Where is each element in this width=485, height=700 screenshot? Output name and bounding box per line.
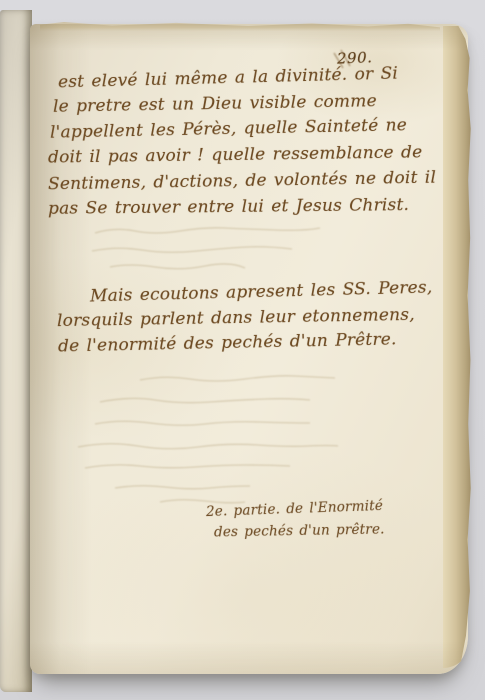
manuscript-line: Mais ecoutons apresent les SS. Peres, <box>90 278 433 307</box>
manuscript-line: Sentimens, d'actions, de volontés ne doi… <box>48 168 436 195</box>
manuscript-line: des pechés d'un prêtre. <box>214 522 385 541</box>
manuscript-line: le pretre est un Dieu visible comme <box>53 91 377 117</box>
manuscript-photo: 290. est elevé lui même a la divinité. o… <box>0 0 485 700</box>
previous-page-edge <box>0 10 32 692</box>
manuscript-line: l'appellent les Pérès, quelle Sainteté n… <box>50 115 407 142</box>
manuscript-line: est elevé lui même a la divinité. or Si <box>58 64 398 93</box>
manuscript-line: doit il pas avoir ! quelle ressemblance … <box>48 142 423 167</box>
manuscript-line: pas Se trouver entre lui et Jesus Christ… <box>48 195 409 219</box>
manuscript-line: de l'enormité des pechés d'un Prêtre. <box>58 329 397 356</box>
deckled-fore-edge <box>443 26 471 668</box>
stacked-leaves-top-edge <box>40 22 440 31</box>
book-page: 290. est elevé lui même a la divinité. o… <box>30 24 468 674</box>
manuscript-line: lorsquils parlent dans leur etonnemens, <box>57 305 415 331</box>
manuscript-line: 2e. partie. de l'Enormité <box>206 498 383 520</box>
